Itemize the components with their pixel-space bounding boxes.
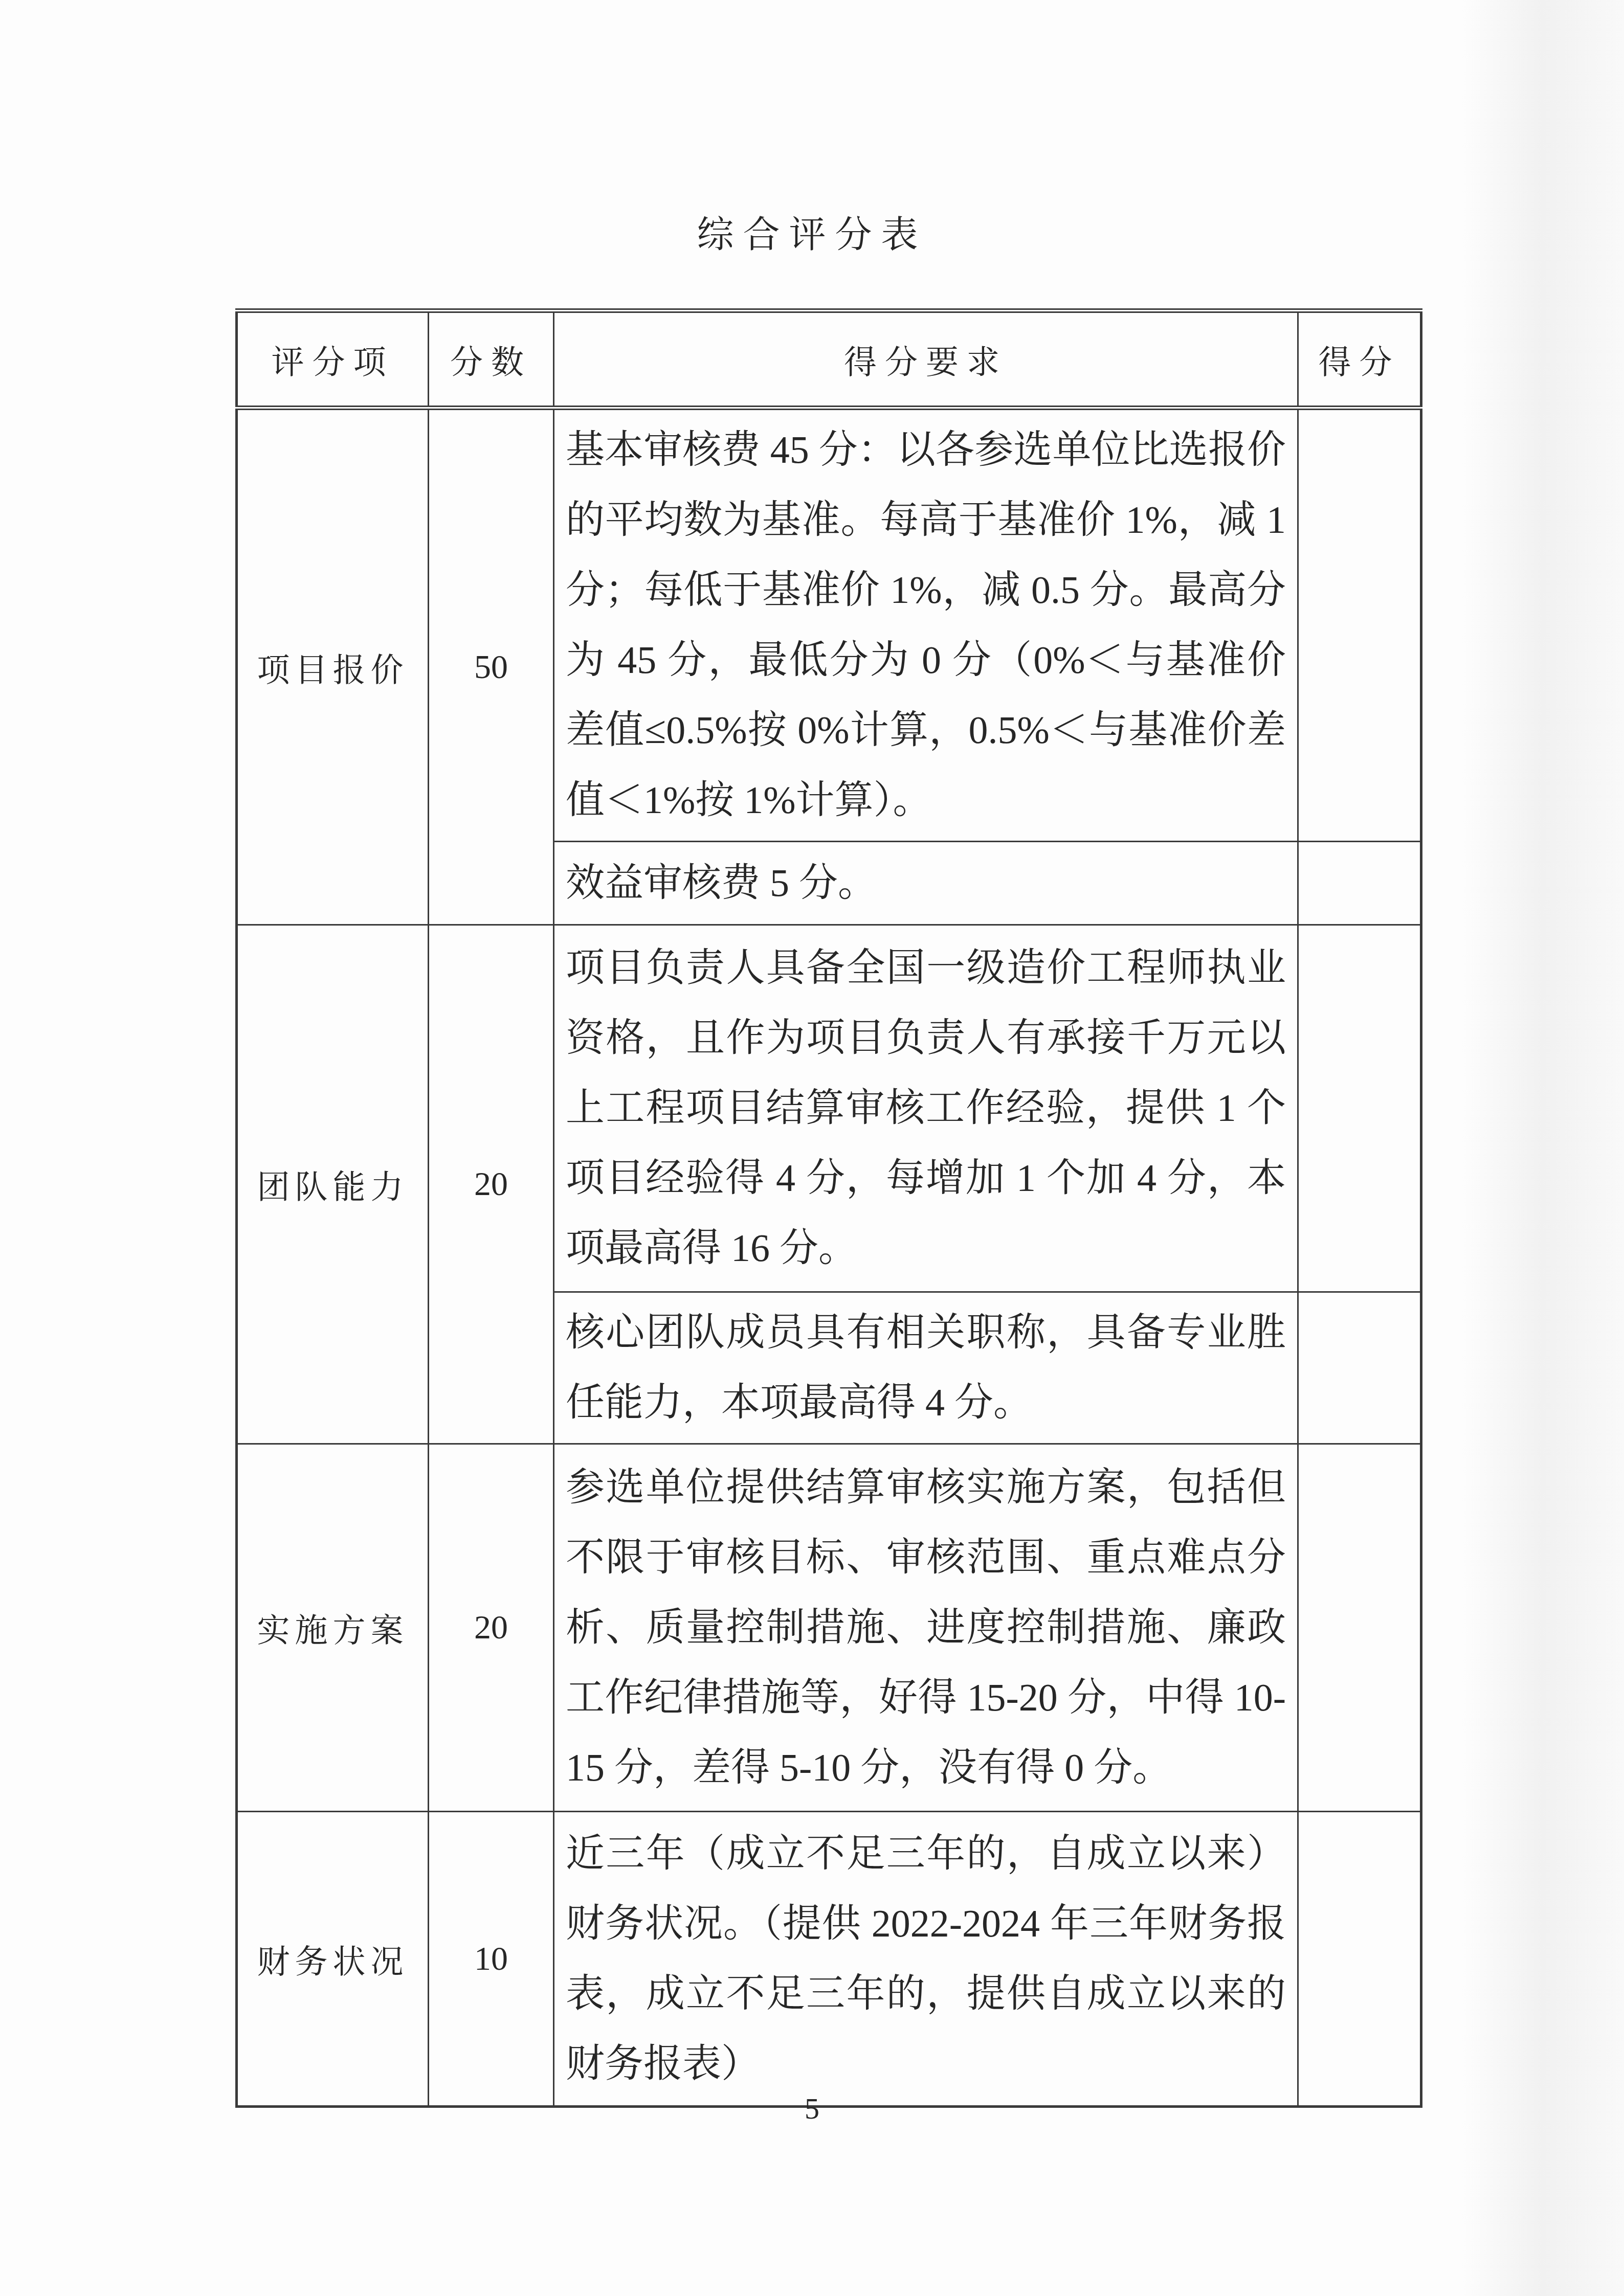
page-title: 综合评分表	[0, 205, 1624, 258]
item-financial-status: 财务状况	[237, 1812, 429, 2107]
header-item: 评分项	[237, 311, 429, 408]
requirement-basic-audit-fee: 基本审核费 45 分：以各参选单位比选报价的平均数为基准。每高于基准价 1%，减…	[554, 408, 1298, 842]
document-page: 综合评分表 评分项 分数 得分要求 得分 项目报价 50 基本审核费 45 分：…	[0, 0, 1624, 2296]
score-project-quote: 50	[429, 408, 554, 925]
scoring-table: 评分项 分数 得分要求 得分 项目报价 50 基本审核费 45 分：以各参选单位…	[235, 308, 1422, 2108]
score-implementation-plan: 20	[429, 1444, 554, 1812]
requirement-benefit-audit-fee: 效益审核费 5 分。	[554, 842, 1298, 925]
obtained-score-cell	[1298, 408, 1421, 842]
obtained-score-cell	[1298, 842, 1421, 925]
requirement-core-team: 核心团队成员具有相关职称，具备专业胜任能力，本项最高得 4 分。	[554, 1292, 1298, 1444]
requirement-implementation-plan: 参选单位提供结算审核实施方案，包括但不限于审核目标、审核范围、重点难点分析、质量…	[554, 1444, 1298, 1812]
header-score: 分数	[429, 311, 554, 408]
item-team-capability: 团队能力	[237, 925, 429, 1444]
item-implementation-plan: 实施方案	[237, 1444, 429, 1812]
header-requirement: 得分要求	[554, 311, 1298, 408]
obtained-score-cell	[1298, 925, 1421, 1292]
obtained-score-cell	[1298, 1444, 1421, 1812]
page-number: 5	[0, 2091, 1624, 2126]
requirement-project-leader: 项目负责人具备全国一级造价工程师执业资格，且作为项目负责人有承接千万元以上工程项…	[554, 925, 1298, 1292]
score-team-capability: 20	[429, 925, 554, 1444]
obtained-score-cell	[1298, 1292, 1421, 1444]
table-row: 实施方案 20 参选单位提供结算审核实施方案，包括但不限于审核目标、审核范围、重…	[237, 1444, 1421, 1812]
header-row: 评分项 分数 得分要求 得分	[237, 311, 1421, 408]
table-row: 项目报价 50 基本审核费 45 分：以各参选单位比选报价的平均数为基准。每高于…	[237, 408, 1421, 842]
table-row: 团队能力 20 项目负责人具备全国一级造价工程师执业资格，且作为项目负责人有承接…	[237, 925, 1421, 1292]
item-project-quote: 项目报价	[237, 408, 429, 925]
score-financial-status: 10	[429, 1812, 554, 2107]
header-obtained: 得分	[1298, 311, 1421, 408]
table-row: 财务状况 10 近三年（成立不足三年的，自成立以来）财务状况。（提供 2022-…	[237, 1812, 1421, 2107]
requirement-financial-status: 近三年（成立不足三年的，自成立以来）财务状况。（提供 2022-2024 年三年…	[554, 1812, 1298, 2107]
obtained-score-cell	[1298, 1812, 1421, 2107]
